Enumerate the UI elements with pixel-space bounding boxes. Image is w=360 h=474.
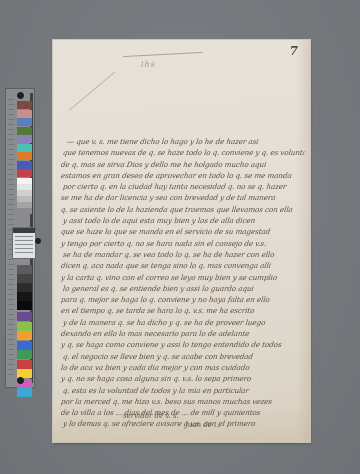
manuscript-line: y q. se haga como conviene y assi lo ten… <box>60 339 306 350</box>
manuscript-line: y de la manera q. se ha dicho y q. se ha… <box>60 317 306 328</box>
manuscript-line: y q. no se haga cosa alguna sin q. v.s. … <box>60 373 306 384</box>
color-patch <box>17 169 32 177</box>
manuscript-line: lo de aca va bien y cada dia mejor y con… <box>60 362 306 373</box>
manuscript-line: por cierto q. en la ciudad hay tanta nec… <box>60 181 306 192</box>
header-stroke <box>123 52 203 57</box>
color-patch <box>17 322 32 331</box>
color-patch <box>17 101 32 109</box>
manuscript-line: estamos en gran deseo de aprovechar en t… <box>60 170 306 181</box>
dark-patch <box>17 301 32 310</box>
dark-patch <box>17 265 32 274</box>
mount-hole-top <box>17 92 24 99</box>
dark-patch <box>17 274 32 283</box>
manuscript-line: que se haze lo que se manda en el servic… <box>60 226 306 237</box>
manuscript-line: dicen q. aca nada que se tenga sino lo q… <box>60 260 306 271</box>
manuscript-line: de q. mas se sirva Dios y dello me he ho… <box>60 159 306 170</box>
color-patch <box>17 331 32 340</box>
chart-label-card <box>12 227 36 259</box>
color-patch <box>17 161 32 169</box>
color-patch <box>17 144 32 152</box>
color-calibration-chart <box>5 88 35 388</box>
color-patch <box>17 135 32 143</box>
signature-block: servidor de v. s. Juan de ... <box>123 412 263 430</box>
color-patch <box>17 118 32 126</box>
manuscript-line: que tenemos nuevas de q. se haze todo lo… <box>60 147 306 158</box>
gray-patch <box>17 208 32 214</box>
color-patch <box>17 127 32 135</box>
dark-patch <box>17 283 32 292</box>
manuscript-line: para q. mejor se haga lo q. conviene y n… <box>60 294 306 305</box>
color-patch <box>17 312 32 321</box>
manuscript-line: y assi todo lo de aqui esta muy bien y l… <box>60 215 306 226</box>
manuscript-line: y la carta q. vino con el correo se leyo… <box>60 272 306 283</box>
manuscript-line: q. esta es la voluntad de todos y la mia… <box>60 385 306 396</box>
manuscript-line: dexando en ello lo mas necesario para lo… <box>60 328 306 339</box>
manuscript-line: q. se asiente lo de la hazienda que trae… <box>60 204 306 215</box>
pencil-mark <box>69 72 116 111</box>
manuscript-page: ihs 7 — que v. s. me tiene dicho lo hago… <box>53 40 310 442</box>
mount-hole-bottom <box>17 377 24 384</box>
manuscript-line: q. el negocio se lleve bien y q. se acab… <box>60 351 306 362</box>
signature-name: Juan de ... <box>123 421 263 430</box>
manuscript-line: lo general es q. se entiende bien y assi… <box>60 283 306 294</box>
color-patch <box>17 110 32 118</box>
handwritten-text: — que v. s. me tiene dicho lo hago y lo … <box>61 136 305 430</box>
color-patch <box>17 341 32 350</box>
color-patch <box>17 388 32 397</box>
header-monogram: ihs <box>141 60 156 69</box>
manuscript-line: se ha de mandar q. se vea todo lo q. se … <box>60 249 306 260</box>
dark-patch <box>17 292 32 301</box>
color-patch <box>17 360 32 369</box>
color-patch <box>17 350 32 359</box>
manuscript-line: se me ha de dar licencia y sea con breve… <box>60 192 306 203</box>
folio-number: 7 <box>290 44 298 58</box>
signature-closing: servidor de v. s. <box>123 412 263 421</box>
manuscript-line: — que v. s. me tiene dicho lo hago y lo … <box>60 136 306 147</box>
manuscript-line: por la merced q. me hizo v.s. beso sus m… <box>60 396 306 407</box>
color-patch <box>17 152 32 160</box>
manuscript-line: en el tiempo q. se tarda se hara lo q. v… <box>60 305 306 316</box>
manuscript-line: y tengo por cierto q. no se hara nada si… <box>60 238 306 249</box>
